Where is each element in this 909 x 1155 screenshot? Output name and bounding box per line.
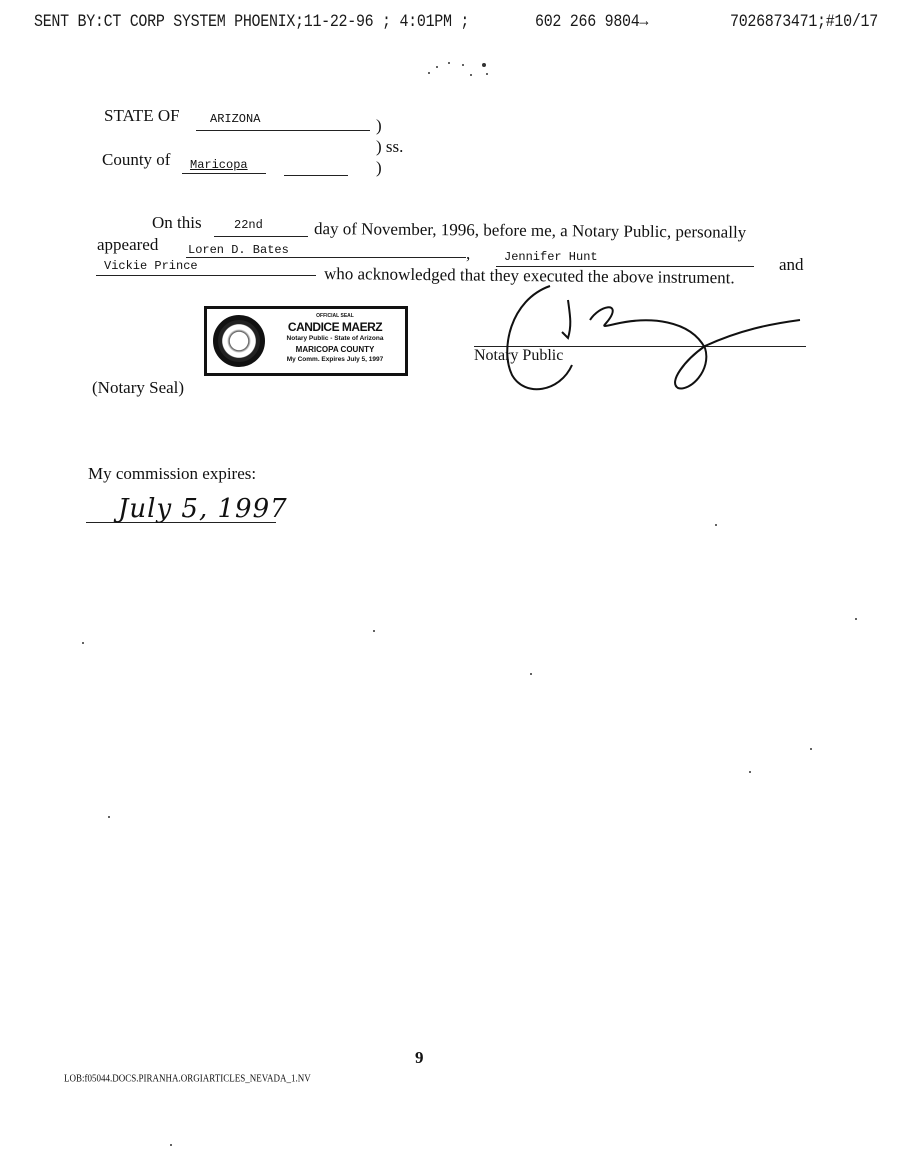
notary-seal-stamp: OFFICIAL SEAL CANDICE MAERZ Notary Publi… <box>204 306 408 376</box>
state-value: ARIZONA <box>210 112 260 126</box>
page-number: 9 <box>415 1048 424 1068</box>
seal-expires: My Comm. Expires July 5, 1997 <box>269 357 401 364</box>
fax-phone: 602 266 9804→ <box>535 12 648 32</box>
seal-title: Notary Public - State of Arizona <box>269 336 401 343</box>
county-value: Maricopa <box>190 158 248 172</box>
ss-mark: ) ss. <box>376 137 403 157</box>
person3-underline <box>96 275 316 276</box>
state-label: STATE OF <box>104 106 180 126</box>
person2-name: Jennifer Hunt <box>504 250 598 264</box>
person1-underline <box>186 257 466 258</box>
on-this-text: On this <box>152 213 202 233</box>
document-path: LOB:f05044.DOCS.PIRANHA.ORGIARTICLES_NEV… <box>64 1072 311 1084</box>
seal-county: MARICOPA COUNTY <box>269 346 401 354</box>
fax-sender-line: SENT BY:CT CORP SYSTEM PHOENIX;11-22-96 … <box>34 12 469 32</box>
paren-2: ) <box>376 158 382 178</box>
seal-name: CANDICE MAERZ <box>269 321 401 333</box>
commission-expiry-handwritten: July 5, 1997 <box>118 494 288 524</box>
day-text: day of November, 1996, before me, a Nota… <box>314 219 746 243</box>
county-underline <box>182 173 266 174</box>
state-seal-emblem-icon <box>213 315 265 367</box>
seal-official: OFFICIAL SEAL <box>269 314 401 319</box>
day-underline <box>214 236 308 237</box>
person3-name: Vickie Prince <box>104 259 198 273</box>
appeared-text: appeared <box>97 235 158 255</box>
county-label: County of <box>102 150 170 170</box>
notary-seal-caption: (Notary Seal) <box>92 378 184 398</box>
person1-name: Loren D. Bates <box>188 243 289 257</box>
fax-recipient-page: 7026873471;#10/17 <box>730 12 878 32</box>
state-underline <box>196 130 370 131</box>
and-text: and <box>779 255 804 275</box>
comma: , <box>466 244 470 264</box>
notary-signature-scribble <box>490 280 810 400</box>
day-value: 22nd <box>234 218 263 232</box>
county-underline-2 <box>284 175 348 176</box>
commission-label: My commission expires: <box>88 464 256 484</box>
paren-1: ) <box>376 116 382 136</box>
